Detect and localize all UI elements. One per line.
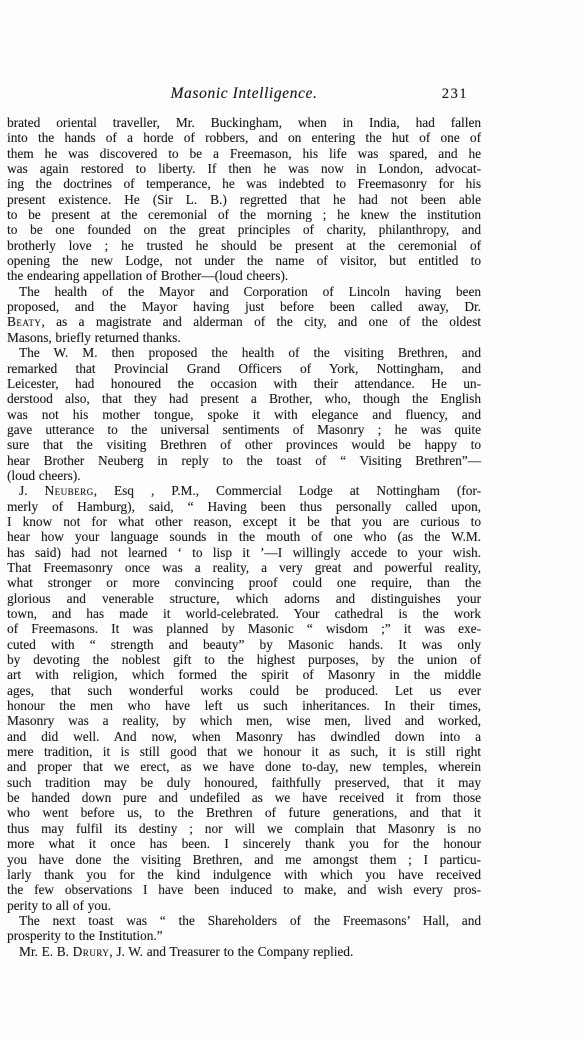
text-line: opening the new Lodge, not under the nam… (7, 253, 481, 268)
text-line: the endearing appellation of Brother—(lo… (7, 268, 481, 283)
text-line: remarked that Provincial Grand Officers … (7, 361, 481, 376)
text-line: mere tradition, it is still good that we… (7, 744, 481, 759)
text-line: honour the men who have left us such inh… (7, 698, 481, 713)
text-line: was not his mother tongue, spoke it with… (7, 407, 481, 422)
text-line: brated oriental traveller, Mr. Buckingha… (7, 115, 481, 130)
text-line: J. Neuberg, Esq , P.M., Commercial Lodge… (7, 483, 481, 498)
scanned-book-page: Masonic Intelligence. 231 brated orienta… (0, 0, 585, 1040)
text-line: Leicester, had honoured the occasion wit… (7, 376, 481, 391)
text-line: into the hands of a horde of robbers, an… (7, 130, 481, 145)
paragraph: The W. M. then proposed the health of th… (7, 345, 481, 483)
small-caps-name: Neuberg (45, 483, 94, 498)
text-line: them he was discovered to be a Freemason… (7, 146, 481, 161)
text-line: merly of Hamburg), said, “ Having been t… (7, 499, 481, 514)
small-caps-name: Beaty (7, 314, 41, 329)
text-line: The W. M. then proposed the health of th… (7, 345, 481, 360)
text-line: and proper that we erect, as we have don… (7, 759, 481, 774)
text-line: The next toast was “ the Shareholders of… (7, 913, 481, 928)
text-line: ing the doctrines of temperance, he was … (7, 176, 481, 191)
text-line: and did well. And now, when Masonry has … (7, 729, 481, 744)
text-line: by devoting the noblest gift to the high… (7, 652, 481, 667)
text-line: present existence. He (Sir L. B.) regret… (7, 192, 481, 207)
text-line: art with religion, which formed the spir… (7, 667, 481, 682)
small-caps-name: Drury (73, 944, 110, 959)
text-line: I know not for what other reason, except… (7, 514, 481, 529)
text-line: perity to all of you. (7, 898, 481, 913)
text-line: gave utterance to the universal sentimen… (7, 422, 481, 437)
text-line: what stronger or more convincing proof c… (7, 575, 481, 590)
text-line: proposed, and the Mayor having just befo… (7, 299, 481, 314)
text-line: brotherly love ; he trusted he should be… (7, 238, 481, 253)
text-line: larly thank you for the kind indulgence … (7, 867, 481, 882)
paragraph: J. Neuberg, Esq , P.M., Commercial Lodge… (7, 483, 481, 913)
text-line: who went before us, to the Brethren of f… (7, 805, 481, 820)
text-line: cuted with “ strength and beauty” by Mas… (7, 637, 481, 652)
text-line: to be present at the ceremonial of the m… (7, 207, 481, 222)
text-line: hear how your language sounds in the mou… (7, 529, 481, 544)
text-line: the few observations I have been induced… (7, 882, 481, 897)
paragraph: The health of the Mayor and Corporation … (7, 284, 481, 345)
text-line: glorious and venerable structure, which … (7, 591, 481, 606)
page-number: 231 (442, 86, 468, 103)
text-line: was again restored to liberty. If then h… (7, 161, 481, 176)
text-line: you have done the visiting Brethren, and… (7, 852, 481, 867)
text-line: ages, that such wonderful works could be… (7, 683, 481, 698)
text-line: The health of the Mayor and Corporation … (7, 284, 481, 299)
page-body-text: brated oriental traveller, Mr. Buckingha… (7, 115, 481, 959)
text-line: Masons, briefly returned thanks. (7, 330, 481, 345)
text-line: of Freemasons. It was planned by Masonic… (7, 621, 481, 636)
running-head-title: Masonic Intelligence. (7, 85, 481, 103)
text-line: prosperity to the Institution.” (7, 928, 481, 943)
text-line: be handed down pure and undefiled as we … (7, 790, 481, 805)
text-line: town, and has made it world-celebrated. … (7, 606, 481, 621)
text-line: to be one founded on the great principle… (7, 222, 481, 237)
text-line: derstood also, that they had present a B… (7, 391, 481, 406)
text-line: That Freemasonry once was a reality, a v… (7, 560, 481, 575)
paragraph: Mr. E. B. Drury, J. W. and Treasurer to … (7, 944, 481, 959)
text-line: thus may fulfil its destiny ; nor will w… (7, 821, 481, 836)
text-line: such tradition may be duly honoured, fai… (7, 775, 481, 790)
text-line: Masonry was a reality, by which men, wis… (7, 713, 481, 728)
text-line: more what it once has been. I sincerely … (7, 836, 481, 851)
paragraph: brated oriental traveller, Mr. Buckingha… (7, 115, 481, 284)
text-line: Beaty, as a magistrate and alderman of t… (7, 314, 481, 329)
paragraph: The next toast was “ the Shareholders of… (7, 913, 481, 944)
text-line: hear Brother Neuberg in reply to the toa… (7, 453, 481, 468)
text-line: (loud cheers). (7, 468, 481, 483)
text-line: sure that the visiting Brethren of other… (7, 437, 481, 452)
text-line: has said) had not learned ‘ to lisp it ’… (7, 545, 481, 560)
text-line: Mr. E. B. Drury, J. W. and Treasurer to … (7, 944, 481, 959)
running-head: Masonic Intelligence. 231 (7, 85, 481, 105)
